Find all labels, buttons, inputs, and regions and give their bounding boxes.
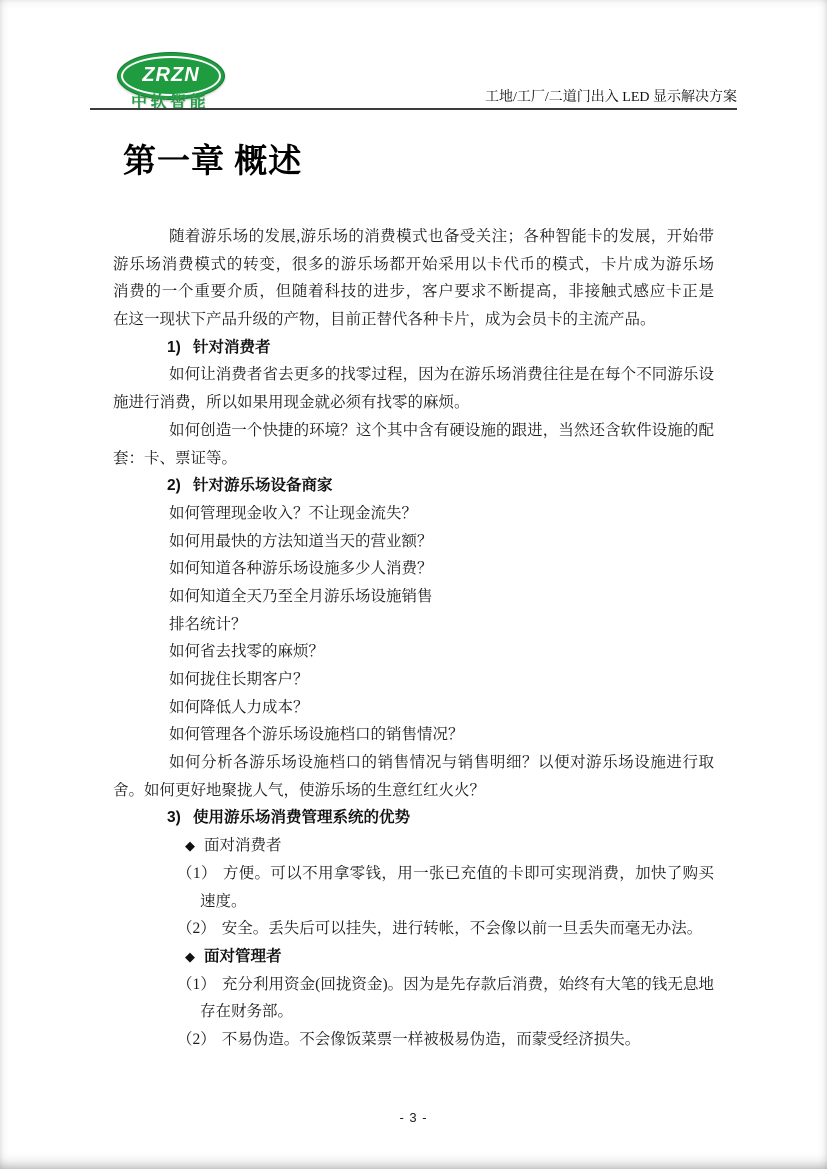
item-title: 使用游乐场消费管理系统的优势 (193, 809, 410, 826)
question-line: 如何用最快的方法知道当天的营业额？ (113, 528, 714, 556)
item-number: 3) (167, 804, 193, 832)
chapter-title: 第一章 概述 (123, 140, 302, 184)
question-line: 如何降低人力成本？ (113, 694, 714, 722)
page-number: - 3 - (0, 1110, 827, 1125)
question-line: 如何管理现金收入？不让现金流失？ (113, 500, 714, 528)
paragraph-line: 施进行消费，所以如果用现金就必须有找零的麻烦。 (113, 389, 714, 417)
section1-heading: 1)针对消费者 (113, 334, 714, 362)
paragraph-line: 套：卡、票证等。 (113, 445, 714, 473)
point-text: 安全。丢失后可以挂失，进行转帐，不会像以前一旦丢失而毫无办法。 (222, 920, 703, 937)
question-line: 如何分析各游乐场设施档口的销售情况与销售明细？以便对游乐场设施进行取 (113, 749, 714, 777)
bullet-label: 面对消费者 (204, 837, 282, 854)
question-line: 如何省去找零的麻烦？ (113, 638, 714, 666)
point-line: （2）不易伪造。不会像饭菜票一样被极易伪造，而蒙受经济损失。 (113, 1026, 714, 1054)
item-title: 针对游乐场设备商家 (193, 477, 333, 494)
intro-line: 游乐场消费模式的转变，很多的游乐场都开始采用以卡代币的模式，卡片成为游乐场 (113, 251, 714, 279)
bullet-label: 面对管理者 (204, 948, 282, 965)
question-line: 舍。如何更好地聚拢人气，使游乐场的生意红红火火？ (113, 777, 714, 805)
question-line: 如何管理各个游乐场设施档口的销售情况？ (113, 721, 714, 749)
paragraph-line: 如何创造一个快捷的环境？这个其中含有硬设施的跟进，当然还含软件设施的配 (113, 417, 714, 445)
point-line: 速度。 (113, 888, 714, 916)
question-line: 如何知道全天乃至全月游乐场设施销售 (113, 583, 714, 611)
diamond-bullet-icon: ◆ (185, 949, 195, 964)
item-number: 1) (167, 334, 193, 362)
intro-line: 消费的一个重要介质，但随着科技的进步，客户要求不断提高，非接触式感应卡正是 (113, 278, 714, 306)
section3-heading: 3)使用游乐场消费管理系统的优势 (113, 804, 714, 832)
header-rule (90, 108, 737, 110)
bullet-heading-manager: ◆面对管理者 (113, 943, 714, 971)
intro-line: 随着游乐场的发展,游乐场的消费模式也备受关注；各种智能卡的发展，开始带动 (113, 223, 714, 251)
point-line: （1）方便。可以不用拿零钱，用一张已充值的卡即可实现消费，加快了购买的 (113, 860, 714, 888)
point-line: （1）充分利用资金(回拢资金)。因为是先存款后消费，始终有大笔的钱无息地 (113, 971, 714, 999)
point-number: （1） (177, 865, 217, 882)
logo-text: ZRZN (142, 64, 199, 89)
point-number: （1） (177, 976, 216, 993)
point-number: （2） (177, 1031, 216, 1048)
document-body: 随着游乐场的发展,游乐场的消费模式也备受关注；各种智能卡的发展，开始带动 游乐场… (113, 223, 714, 1054)
item-title: 针对消费者 (193, 339, 271, 356)
point-text: 不易伪造。不会像饭菜票一样被极易伪造，而蒙受经济损失。 (222, 1031, 641, 1048)
paragraph-line: 如何让消费者省去更多的找零过程，因为在游乐场消费往往是在每个不同游乐设 (113, 361, 714, 389)
header-doc-title: 工地/工厂/二道门出入 LED 显示解决方案 (485, 86, 737, 106)
question-line: 如何拢住长期客户？ (113, 666, 714, 694)
document-page: ZRZN 中软智能 工地/工厂/二道门出入 LED 显示解决方案 第一章 概述 … (0, 0, 827, 1169)
section2-heading: 2)针对游乐场设备商家 (113, 472, 714, 500)
point-line: （2）安全。丢失后可以挂失，进行转帐，不会像以前一旦丢失而毫无办法。 (113, 915, 714, 943)
intro-line: 在这一现状下产品升级的产物，目前正替代各种卡片，成为会员卡的主流产品。 (113, 306, 714, 334)
bullet-heading-consumer: ◆面对消费者 (113, 832, 714, 860)
question-line: 排名统计？ (113, 611, 714, 639)
point-text: 充分利用资金(回拢资金)。因为是先存款后消费，始终有大笔的钱无息地 (222, 976, 714, 993)
point-number: （2） (177, 920, 216, 937)
diamond-bullet-icon: ◆ (185, 838, 195, 853)
item-number: 2) (167, 472, 193, 500)
point-line: 存在财务部。 (113, 998, 714, 1026)
question-line: 如何知道各种游乐场设施多少人消费？ (113, 555, 714, 583)
point-text: 方便。可以不用拿零钱，用一张已充值的卡即可实现消费，加快了购买的 (177, 865, 714, 888)
